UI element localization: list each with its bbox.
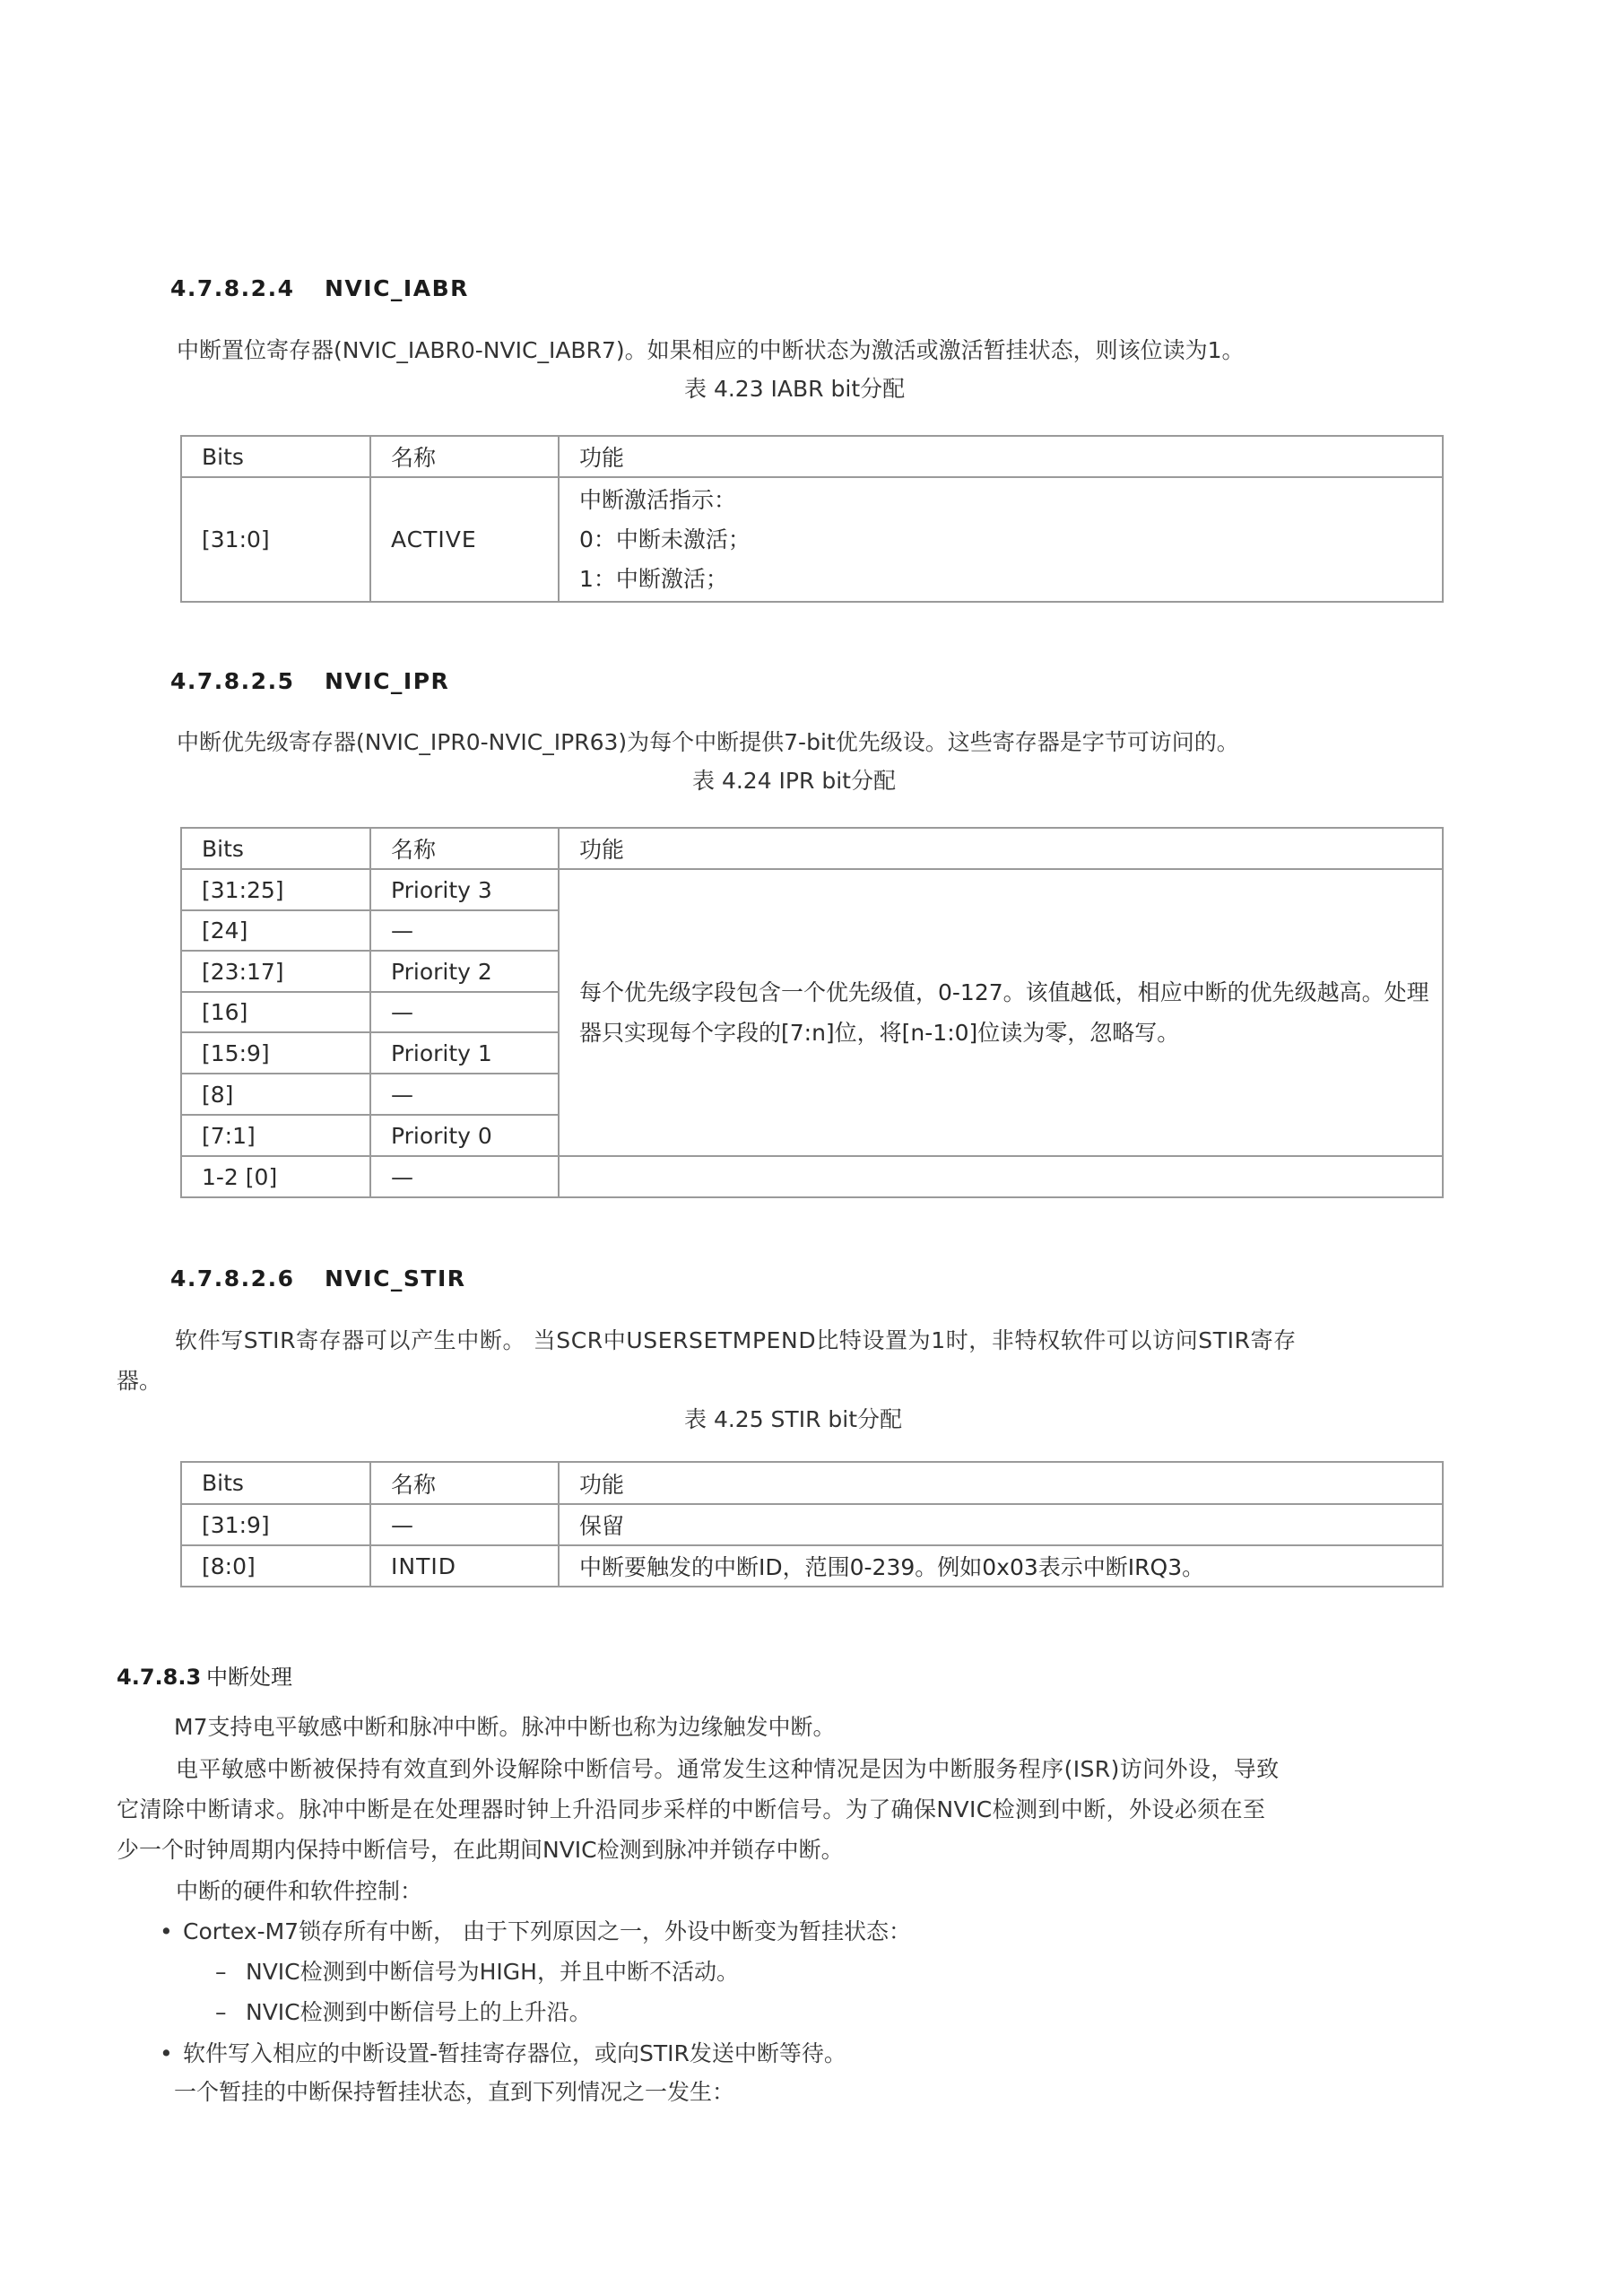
section-number: 4.7.8.2.5 bbox=[170, 668, 325, 694]
header-name: 名称 bbox=[370, 1462, 559, 1504]
cell-name: Priority 3 bbox=[370, 869, 559, 910]
cell-function: 中断要触发的中断ID，范围0-239。例如0x03表示中断IRQ3。 bbox=[559, 1545, 1443, 1587]
handling-paragraph-1: M7支持电平敏感中断和脉冲中断。脉冲中断也称为边缘触发中断。 bbox=[174, 1707, 835, 1747]
sub-bullet-item: –NVIC检测到中断信号为HIGH，并且中断不活动。 bbox=[215, 1952, 739, 1992]
cell-function: 中断激活指示： 0：中断未激活； 1：中断激活； bbox=[559, 477, 1443, 602]
cell-bits: [31:9] bbox=[181, 1504, 370, 1545]
handling-paragraph-3: 中断的硬件和软件控制： bbox=[176, 1871, 422, 1911]
cell-function: 保留 bbox=[559, 1504, 1443, 1545]
section-heading-handling: 4.7.8.3中断处理 bbox=[117, 1659, 292, 1691]
header-name: 名称 bbox=[370, 828, 559, 869]
section-title: NVIC_STIR bbox=[325, 1265, 466, 1291]
table-header-row: Bits 名称 功能 bbox=[181, 436, 1443, 477]
table-row: [8:0] INTID 中断要触发的中断ID，范围0-239。例如0x03表示中… bbox=[181, 1545, 1443, 1587]
bullet-icon: • bbox=[160, 1911, 183, 1952]
iabr-intro-paragraph: 中断置位寄存器(NVIC_IABR0-NVIC_IABR7)。如果相应的中断状态… bbox=[177, 330, 1245, 370]
section-number: 4.7.8.3 bbox=[117, 1665, 206, 1690]
ipr-table-caption: 表 4.24 IPR bit分配 bbox=[692, 763, 896, 796]
section-heading-stir: 4.7.8.2.6NVIC_STIR bbox=[170, 1265, 466, 1291]
header-function: 功能 bbox=[559, 828, 1443, 869]
section-number: 4.7.8.2.6 bbox=[170, 1265, 325, 1291]
cell-bits: [7:1] bbox=[181, 1115, 370, 1156]
dash-icon: – bbox=[215, 1992, 246, 2032]
cell-name: Priority 1 bbox=[370, 1032, 559, 1074]
bullet-text: Cortex-M7锁存所有中断， 由于下列原因之一，外设中断变为暂挂状态： bbox=[183, 1918, 911, 1944]
handling-paragraph-4: 一个暂挂的中断保持暂挂状态，直到下列情况之一发生： bbox=[174, 2072, 734, 2112]
sub-bullet-text: NVIC检测到中断信号上的上升沿。 bbox=[246, 1999, 592, 2025]
stir-intro-line-1: 软件写STIR寄存器可以产生中断。 当SCR中USERSETMPEND比特设置为… bbox=[175, 1320, 1297, 1361]
ipr-table: Bits 名称 功能 [31:25] Priority 3 每个优先级字段包含一… bbox=[180, 827, 1444, 1198]
header-function: 功能 bbox=[559, 1462, 1443, 1504]
table-row: [31:9] — 保留 bbox=[181, 1504, 1443, 1545]
cell-function-merged: 每个优先级字段包含一个优先级值，0-127。该值越低，相应中断的优先级越高。处理… bbox=[559, 869, 1443, 1156]
section-heading-iabr: 4.7.8.2.4NVIC_IABR bbox=[170, 275, 469, 301]
table-row: 1-2 [0] — bbox=[181, 1156, 1443, 1197]
cell-bits: [31:25] bbox=[181, 869, 370, 910]
bullet-text: 软件写入相应的中断设置-暂挂寄存器位，或向STIR发送中断等待。 bbox=[183, 2040, 846, 2066]
handling-paragraph-2-line-2: 它清除中断请求。脉冲中断是在处理器时钟上升沿同步采样的中断信号。为了确保NVIC… bbox=[117, 1789, 1265, 1830]
dash-icon: – bbox=[215, 1952, 246, 1992]
bullet-item: •Cortex-M7锁存所有中断， 由于下列原因之一，外设中断变为暂挂状态： bbox=[160, 1911, 911, 1952]
header-bits: Bits bbox=[181, 1462, 370, 1504]
section-number: 4.7.8.2.4 bbox=[170, 275, 325, 301]
stir-table: Bits 名称 功能 [31:9] — 保留 [8:0] INTID 中断要触发… bbox=[180, 1461, 1444, 1587]
cell-function bbox=[559, 1156, 1443, 1197]
header-function: 功能 bbox=[559, 436, 1443, 477]
header-bits: Bits bbox=[181, 828, 370, 869]
ipr-intro-paragraph: 中断优先级寄存器(NVIC_IPR0-NVIC_IPR63)为每个中断提供7-b… bbox=[177, 722, 1239, 762]
cell-bits: [16] bbox=[181, 992, 370, 1032]
cell-name: — bbox=[370, 1504, 559, 1545]
section-title: NVIC_IPR bbox=[325, 668, 449, 694]
header-name: 名称 bbox=[370, 436, 559, 477]
cell-bits: [8:0] bbox=[181, 1545, 370, 1587]
cell-bits: [23:17] bbox=[181, 951, 370, 992]
cell-name: — bbox=[370, 1074, 559, 1115]
cell-name: — bbox=[370, 910, 559, 951]
bullet-icon: • bbox=[160, 2033, 183, 2074]
cell-name: Priority 0 bbox=[370, 1115, 559, 1156]
table-row: [31:0] ACTIVE 中断激活指示： 0：中断未激活； 1：中断激活； bbox=[181, 477, 1443, 602]
cell-name: INTID bbox=[370, 1545, 559, 1587]
cell-name: Priority 2 bbox=[370, 951, 559, 992]
cell-bits: [8] bbox=[181, 1074, 370, 1115]
cell-bits: [31:0] bbox=[181, 477, 370, 602]
cell-bits: 1-2 [0] bbox=[181, 1156, 370, 1197]
bullet-item: •软件写入相应的中断设置-暂挂寄存器位，或向STIR发送中断等待。 bbox=[160, 2033, 846, 2074]
function-line: 0：中断未激活； bbox=[579, 520, 1442, 560]
section-title: 中断处理 bbox=[206, 1665, 292, 1690]
handling-paragraph-2-line-3: 少一个时钟周期内保持中断信号，在此期间NVIC检测到脉冲并锁存中断。 bbox=[117, 1830, 844, 1870]
cell-name: ACTIVE bbox=[370, 477, 559, 602]
header-bits: Bits bbox=[181, 436, 370, 477]
table-header-row: Bits 名称 功能 bbox=[181, 1462, 1443, 1504]
section-heading-ipr: 4.7.8.2.5NVIC_IPR bbox=[170, 668, 449, 694]
table-header-row: Bits 名称 功能 bbox=[181, 828, 1443, 869]
stir-table-caption: 表 4.25 STIR bit分配 bbox=[684, 1402, 902, 1434]
stir-intro-line-2: 器。 bbox=[117, 1361, 161, 1401]
function-line: 中断激活指示： bbox=[579, 481, 1442, 520]
iabr-table-caption: 表 4.23 IABR bit分配 bbox=[684, 371, 905, 404]
sub-bullet-text: NVIC检测到中断信号为HIGH，并且中断不活动。 bbox=[246, 1959, 739, 1985]
handling-paragraph-2-line-1: 电平敏感中断被保持有效直到外设解除中断信号。通常发生这种情况是因为中断服务程序(… bbox=[176, 1749, 1280, 1789]
cell-bits: [24] bbox=[181, 910, 370, 951]
cell-name: — bbox=[370, 1156, 559, 1197]
iabr-table: Bits 名称 功能 [31:0] ACTIVE 中断激活指示： 0：中断未激活… bbox=[180, 435, 1444, 603]
sub-bullet-item: –NVIC检测到中断信号上的上升沿。 bbox=[215, 1992, 592, 2032]
function-line: 1：中断激活； bbox=[579, 560, 1442, 599]
cell-bits: [15:9] bbox=[181, 1032, 370, 1074]
section-title: NVIC_IABR bbox=[325, 275, 469, 301]
table-row: [31:25] Priority 3 每个优先级字段包含一个优先级值，0-127… bbox=[181, 869, 1443, 910]
cell-name: — bbox=[370, 992, 559, 1032]
